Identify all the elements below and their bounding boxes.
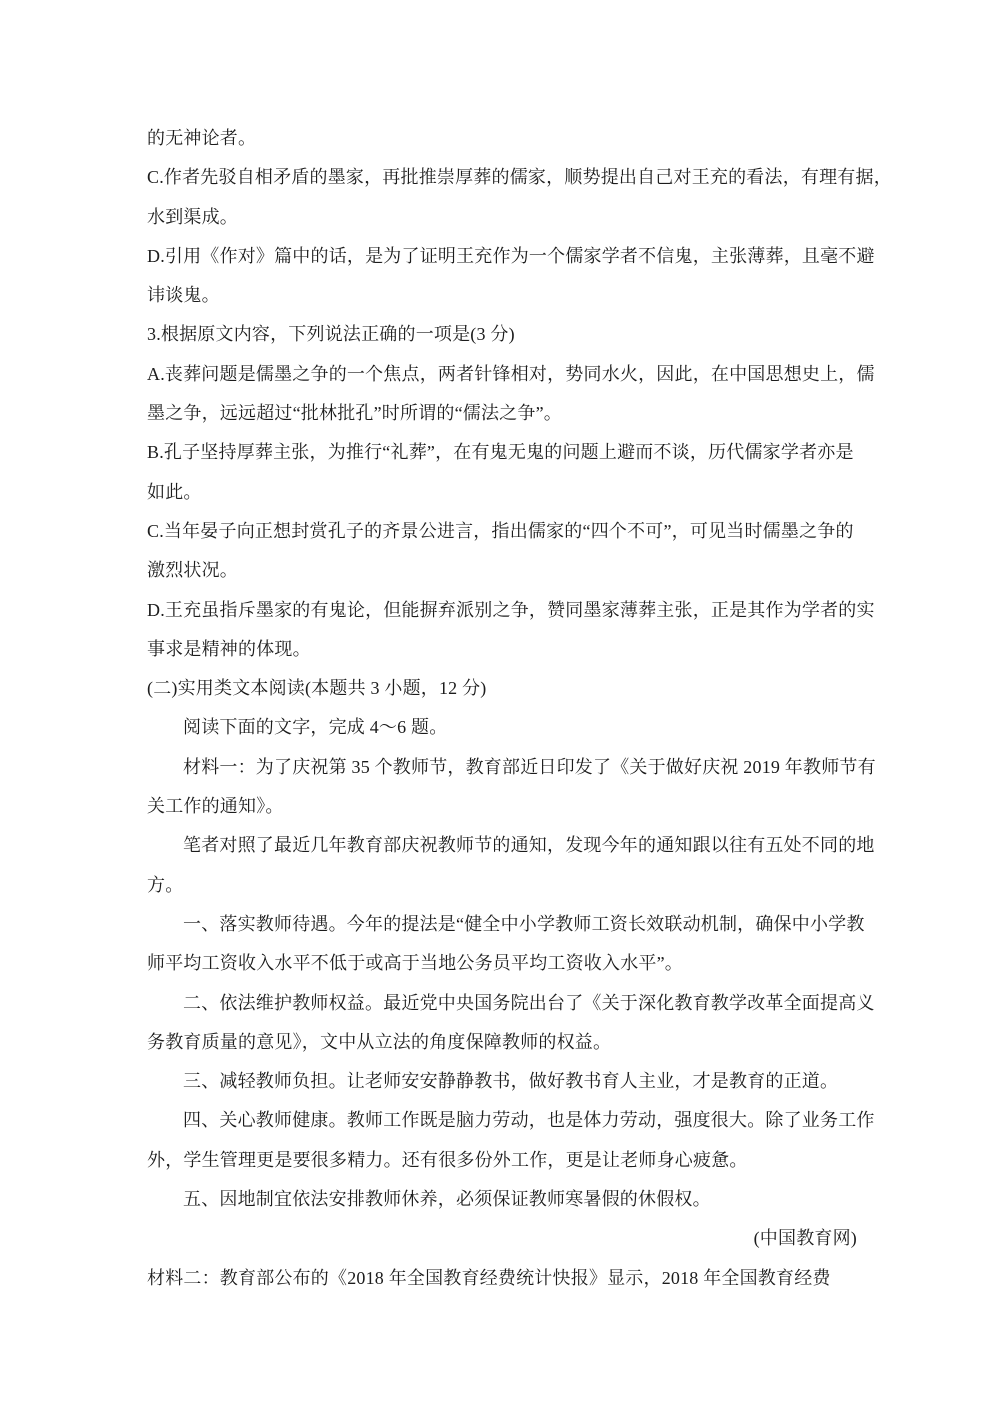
q3-option-c-line-1: C.当年晏子向正想封赏孔子的齐景公进言，指出儒家的“四个不可”，可见当时儒墨之争… <box>147 512 857 551</box>
q3-option-a-line-1: A.丧葬问题是儒墨之争的一个焦点，两者针锋相对，势同水火，因此，在中国思想史上，… <box>147 355 857 394</box>
q3-option-c-line-2: 激烈状况。 <box>147 551 857 590</box>
question-3-stem: 3.根据原文内容，下列说法正确的一项是(3 分) <box>147 315 857 354</box>
prev-option-d-line-2: 讳谈鬼。 <box>147 276 857 315</box>
reading-instruction: 阅读下面的文字，完成 4～6 题。 <box>147 708 857 747</box>
material-1-point-2-line-2: 务教育质量的意见》，文中从立法的角度保障教师的权益。 <box>147 1023 857 1062</box>
material-1-point-4-line-1: 四、关心教师健康。教师工作既是脑力劳动，也是体力劳动，强度很大。除了业务工作 <box>147 1101 857 1140</box>
material-1-point-1-line-2: 师平均工资收入水平不低于或高于当地公务员平均工资收入水平”。 <box>147 944 857 983</box>
prev-option-d-line-1: D.引用《作对》篇中的话，是为了证明王充作为一个儒家学者不信鬼，主张薄葬，且毫不… <box>147 237 857 276</box>
material-1-point-2-line-1: 二、依法维护教师权益。最近党中央国务院出台了《关于深化教育教学改革全面提高义 <box>147 984 857 1023</box>
q3-option-b-line-2: 如此。 <box>147 473 857 512</box>
material-1-point-3: 三、减轻教师负担。让老师安安静静教书，做好教书育人主业，才是教育的正道。 <box>147 1062 857 1101</box>
q3-option-d-line-1: D.王充虽指斥墨家的有鬼论，但能摒弃派别之争，赞同墨家薄葬主张，正是其作为学者的… <box>147 591 857 630</box>
material-1-point-4-line-2: 外，学生管理更是要很多精力。还有很多份外工作，更是让老师身心疲惫。 <box>147 1141 857 1180</box>
material-1-point-1-line-1: 一、落实教师待遇。今年的提法是“健全中小学教师工资长效联动机制，确保中小学教 <box>147 905 857 944</box>
q3-option-b-line-1: B.孔子坚持厚葬主张，为推行“礼葬”，在有鬼无鬼的问题上避而不谈，历代儒家学者亦… <box>147 433 857 472</box>
material-1-para-2-line-1: 笔者对照了最近几年教育部庆祝教师节的通知，发现今年的通知跟以往有五处不同的地 <box>147 826 857 865</box>
q3-option-a-line-2: 墨之争，远远超过“批林批孔”时所谓的“儒法之争”。 <box>147 394 857 433</box>
material-1-point-5: 五、因地制宜依法安排教师休养，必须保证教师寒暑假的休假权。 <box>147 1180 857 1219</box>
section-two-heading: (二)实用类文本阅读(本题共 3 小题，12 分) <box>147 669 857 708</box>
prev-option-c-line-2: 水到渠成。 <box>147 198 857 237</box>
material-1-para-1-line-2: 关工作的通知》。 <box>147 787 857 826</box>
material-1-source-attribution: (中国教育网) <box>147 1219 857 1258</box>
material-1-para-1-line-1: 材料一：为了庆祝第 35 个教师节，教育部近日印发了《关于做好庆祝 2019 年… <box>147 748 857 787</box>
prev-option-c-line-1: C.作者先驳自相矛盾的墨家，再批推崇厚葬的儒家，顺势提出自己对王充的看法，有理有… <box>147 158 857 197</box>
q3-option-d-line-2: 事求是精神的体现。 <box>147 630 857 669</box>
prev-option-b-continuation: 的无神论者。 <box>147 119 857 158</box>
material-2-para-1-line-1: 材料二：教育部公布的《2018 年全国教育经费统计快报》显示，2018 年全国教… <box>147 1259 857 1298</box>
text-block: 的无神论者。 C.作者先驳自相矛盾的墨家，再批推崇厚葬的儒家，顺势提出自己对王充… <box>147 119 857 1298</box>
material-1-para-2-line-2: 方。 <box>147 866 857 905</box>
exam-paper-page: 的无神论者。 C.作者先驳自相矛盾的墨家，再批推崇厚葬的儒家，顺势提出自己对王充… <box>0 0 1000 1414</box>
